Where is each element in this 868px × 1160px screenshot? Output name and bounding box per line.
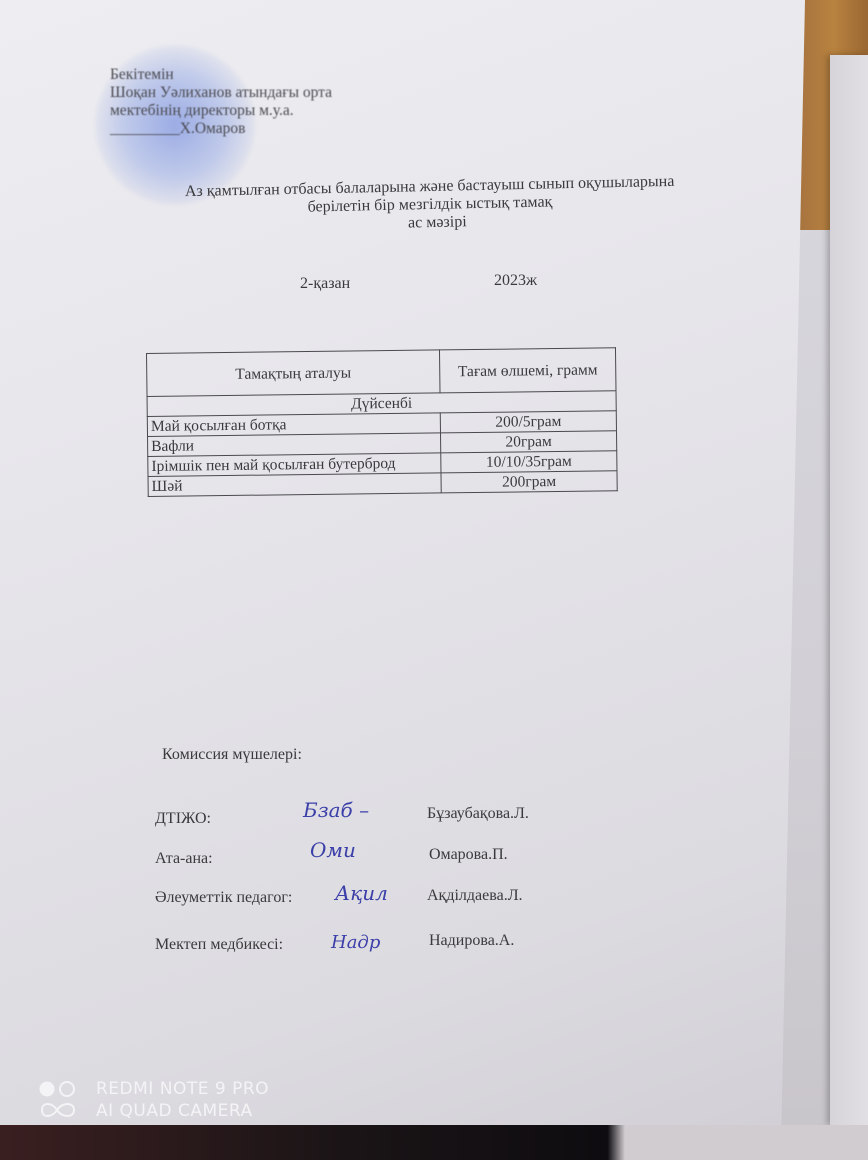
dish-portion: 20грам <box>440 431 616 453</box>
table-header-row: Тамақтың аталуы Тағам өлшемі, грамм <box>147 348 616 397</box>
document-content: Бекітемін Шоқан Уәлиханов атындағы орта … <box>0 0 868 1160</box>
signature-icon: Бзаб – <box>303 798 369 822</box>
member-name: Ақділдаева.Л. <box>427 887 523 905</box>
signature-icon: Оми <box>310 838 356 862</box>
approval-line: мектебінің директоры м.у.а. <box>110 102 332 120</box>
dish-name: Шәй <box>148 473 441 497</box>
watermark-line-1: REDMI NOTE 9 PRO <box>96 1078 269 1100</box>
member-name: Надирова.А. <box>429 932 514 950</box>
approval-line: _________Х.Омаров <box>110 120 332 138</box>
dish-portion: 200/5грам <box>440 411 616 433</box>
watermark-line-2: AI QUAD CAMERA <box>96 1100 269 1122</box>
signature-icon: Надр <box>331 932 380 953</box>
member-role: Мектеп медбикесі: <box>155 936 283 954</box>
dish-portion: 200грам <box>441 471 617 493</box>
menu-table: Тамақтың аталуы Тағам өлшемі, грамм Дүйс… <box>146 347 618 497</box>
member-name: Омарова.П. <box>429 846 508 864</box>
approval-line: Бекітемін <box>110 66 332 84</box>
member-role: Әлеуметтік педагог: <box>155 889 292 907</box>
member-role: ДТІЖО: <box>155 810 211 828</box>
commission-heading: Комиссия мүшелері: <box>162 746 302 764</box>
date-day: 2-қазан <box>300 275 350 293</box>
date-year: 2023ж <box>494 272 537 290</box>
camera-logo-icon <box>38 1080 78 1120</box>
signature-icon: Ақил <box>335 881 388 905</box>
approval-line: Шоқан Уәлиханов атындағы орта <box>110 84 332 102</box>
dish-portion: 10/10/35грам <box>441 451 617 473</box>
header-dish-name: Тамақтың аталуы <box>147 350 441 397</box>
member-name: Бұзаубақова.Л. <box>427 805 529 823</box>
header-portion: Тағам өлшемі, грамм <box>439 348 616 393</box>
member-role: Ата-ана: <box>155 850 213 868</box>
approval-block: Бекітемін Шоқан Уәлиханов атындағы орта … <box>110 66 332 138</box>
document-title: Аз қамтылған отбасы балаларына және баст… <box>130 172 731 239</box>
